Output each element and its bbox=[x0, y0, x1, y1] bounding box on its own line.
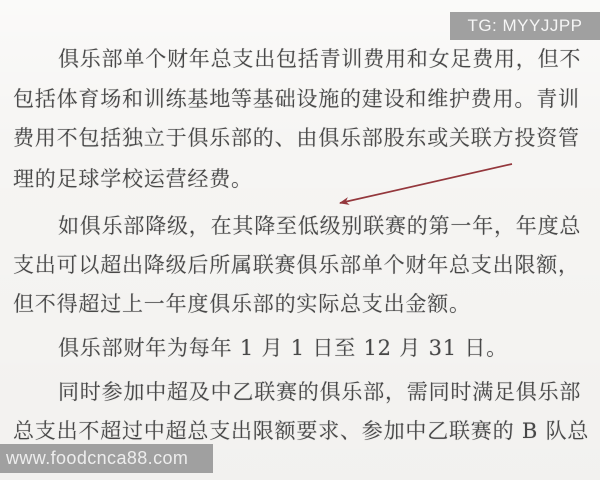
text-line: 同时参加中超及中乙联赛的俱乐部，需同时满足俱乐部 bbox=[58, 380, 581, 404]
telegram-watermark-badge: TG: MYYJJPP bbox=[450, 12, 600, 40]
red-arrow-annotation bbox=[0, 0, 600, 480]
text-line: 包括体育场和训练基地等基础设施的建设和维护费用。青训 bbox=[13, 87, 580, 111]
website-watermark-text: www.foodcnca88.com bbox=[6, 448, 188, 469]
text-line: 支出可以超出降级后所属联赛俱乐部单个财年总支出限额， bbox=[13, 253, 580, 277]
text-line: 俱乐部单个财年总支出包括青训费用和女足费用，但不 bbox=[58, 47, 581, 71]
text-line: 费用不包括独立于俱乐部的、由俱乐部股东或关联方投资管 bbox=[13, 126, 580, 150]
document-page: TG: MYYJJPP 俱乐部单个财年总支出包括青训费用和女足费用，但不 包括体… bbox=[0, 0, 600, 480]
text-line: 总支出不超过中超总支出限额要求、参加中乙联赛的 B 队总 bbox=[13, 419, 589, 443]
text-line: 但不得超过上一年度俱乐部的实际总支出金额。 bbox=[13, 292, 471, 316]
website-watermark-badge: www.foodcnca88.com bbox=[0, 444, 213, 473]
text-line: 理的足球学校运营经费。 bbox=[13, 167, 253, 191]
text-line: 俱乐部财年为每年 1 月 1 日至 12 月 31 日。 bbox=[58, 336, 508, 360]
telegram-watermark-text: TG: MYYJJPP bbox=[467, 16, 582, 36]
text-line: 如俱乐部降级，在其降至低级别联赛的第一年，年度总 bbox=[58, 214, 581, 238]
